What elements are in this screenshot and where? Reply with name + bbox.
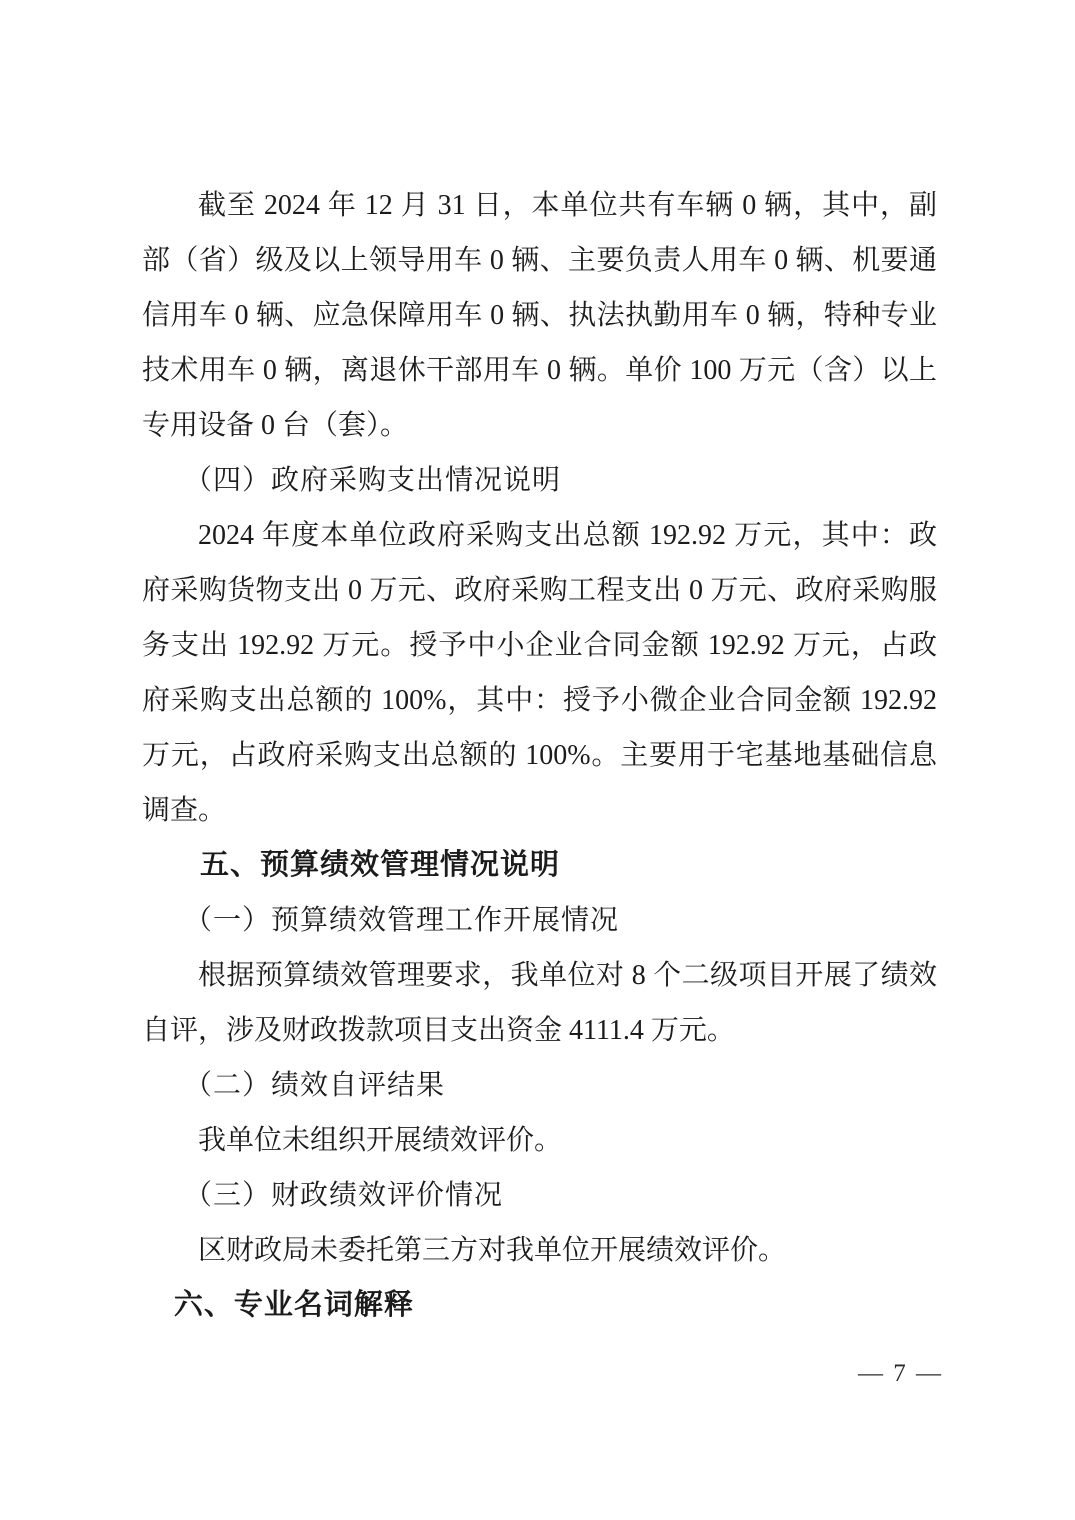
- text-line: 务支出 192.92 万元。授予中小企业合同金额 192.92 万元，占政: [142, 618, 937, 673]
- document-page: { "document": { "page_number": "— 7 —", …: [0, 0, 1075, 1520]
- text-line: 府采购支出总额的 100%，其中：授予小微企业合同金额 192.92: [142, 673, 937, 728]
- text-line: 万元，占政府采购支出总额的 100%。主要用于宅基地基础信息: [142, 728, 937, 783]
- sub-heading: （一）预算绩效管理工作开展情况: [142, 893, 937, 948]
- sub-heading: （四）政府采购支出情况说明: [142, 453, 937, 508]
- paragraph: 截至 2024 年 12 月 31 日，本单位共有车辆 0 辆，其中，副部（省）…: [142, 178, 937, 453]
- text-line: 技术用车 0 辆，离退休干部用车 0 辆。单价 100 万元（含）以上: [142, 343, 937, 398]
- text-line: 截至 2024 年 12 月 31 日，本单位共有车辆 0 辆，其中，副: [142, 178, 937, 233]
- document-body: 截至 2024 年 12 月 31 日，本单位共有车辆 0 辆，其中，副部（省）…: [142, 178, 937, 1333]
- sub-heading: （三）财政绩效评价情况: [142, 1168, 937, 1223]
- text-line: 我单位未组织开展绩效评价。: [142, 1113, 937, 1168]
- section-heading: 五、预算绩效管理情况说明: [142, 838, 937, 893]
- text-line: 自评，涉及财政拨款项目支出资金 4111.4 万元。: [142, 1003, 937, 1058]
- text-line: 区财政局未委托第三方对我单位开展绩效评价。: [142, 1223, 937, 1278]
- text-line: 2024 年度本单位政府采购支出总额 192.92 万元，其中：政: [142, 508, 937, 563]
- text-line: 信用车 0 辆、应急保障用车 0 辆、执法执勤用车 0 辆，特种专业: [142, 288, 937, 343]
- paragraph: 我单位未组织开展绩效评价。: [142, 1113, 937, 1168]
- paragraph: 区财政局未委托第三方对我单位开展绩效评价。: [142, 1223, 937, 1278]
- text-line: 调查。: [142, 783, 937, 838]
- text-line: 根据预算绩效管理要求，我单位对 8 个二级项目开展了绩效: [142, 948, 937, 1003]
- text-line: 专用设备 0 台（套）。: [142, 398, 937, 453]
- paragraph: 2024 年度本单位政府采购支出总额 192.92 万元，其中：政府采购货物支出…: [142, 508, 937, 838]
- section-heading: 六、专业名词解释: [142, 1278, 937, 1333]
- text-line: 府采购货物支出 0 万元、政府采购工程支出 0 万元、政府采购服: [142, 563, 937, 618]
- page-number: — 7 —: [858, 1358, 943, 1390]
- sub-heading: （二）绩效自评结果: [142, 1058, 937, 1113]
- paragraph: 根据预算绩效管理要求，我单位对 8 个二级项目开展了绩效自评，涉及财政拨款项目支…: [142, 948, 937, 1058]
- text-line: 部（省）级及以上领导用车 0 辆、主要负责人用车 0 辆、机要通: [142, 233, 937, 288]
